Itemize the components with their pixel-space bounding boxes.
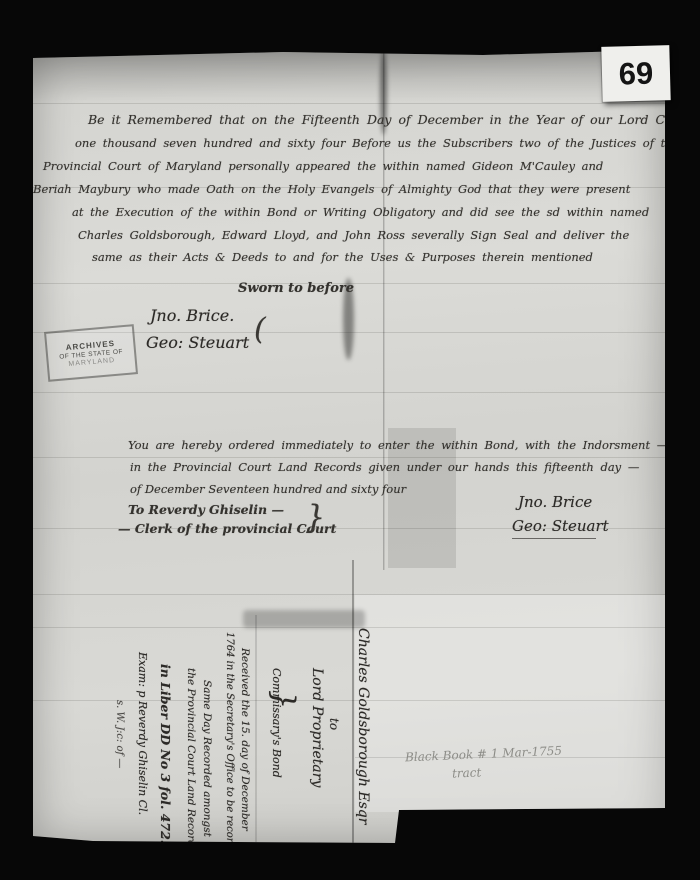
order-signature-geo-steuart: Geo: Steuart (512, 517, 609, 535)
docket-clerk-note: s. W. J:c: of — (114, 700, 125, 768)
order-line: You are hereby ordered immediately to en… (128, 438, 668, 452)
signature-flourish-line (512, 538, 596, 539)
scanned-archive-page: { "page_label": "69", "archive_stamp": {… (0, 0, 700, 880)
signature-geo-steuart: Geo: Steuart (146, 333, 249, 352)
fold-line (33, 392, 665, 393)
page-number-label: 69 (601, 45, 670, 102)
order-addressee: To Reverdy Ghiselin — (128, 502, 284, 517)
attestation-text: Sworn to before (238, 281, 354, 296)
page-number: 69 (618, 55, 653, 92)
fold-line (33, 700, 665, 701)
fold-line (33, 594, 665, 595)
affidavit-line: one thousand seven hundred and sixty fou… (75, 136, 679, 150)
document-paper: ARCHIVES OF THE STATE OF MARYLAND Be it … (33, 50, 665, 845)
archives-stamp: ARCHIVES OF THE STATE OF MARYLAND (44, 324, 138, 382)
docket-received1: Received the 15. day of December (239, 648, 251, 831)
order-brace: } (305, 498, 325, 536)
affidavit-line: Beriah Maybury who made Oath on the Holy… (33, 182, 630, 196)
slip-shadow-band (243, 610, 365, 628)
docket-recorded1: Same Day Recorded amongst (201, 680, 213, 837)
fold-line (33, 103, 665, 104)
signature-brace: ( (254, 312, 266, 347)
affidavit-line: Provincial Court of Maryland personally … (43, 159, 603, 173)
pencil-note-line2: tract (452, 765, 482, 780)
docket-examined: Exam: p Reverdy Ghiselin Cl. (136, 652, 149, 815)
docket-party2: Lord Proprietary (309, 668, 325, 787)
order-addressee-title: — Clerk of the provincial Court (118, 521, 336, 536)
docket-liber-ref: in Liber DD No 3 fol. 472. (158, 664, 173, 844)
signature-jno-brice: Jno. Brice. (150, 306, 234, 325)
docket-connector: to (327, 718, 341, 730)
docket-party1: Charles Goldsborough Esqr (355, 628, 371, 824)
paper-top-shadow (33, 50, 665, 102)
slip-edge (255, 615, 257, 843)
docket-recorded2: the Provincial Court Land Records (185, 668, 197, 852)
fold-line (33, 457, 665, 458)
affidavit-line: Charles Goldsborough, Edward Lloyd, and … (78, 228, 629, 242)
docket-received2: 1764 in the Secretary's Office to be rec… (224, 632, 235, 861)
order-signature-jno-brice: Jno. Brice (518, 493, 592, 511)
affidavit-line: same as their Acts & Deeds to and for th… (92, 250, 593, 264)
order-line: of December Seventeen hundred and sixty … (130, 482, 406, 496)
order-line: in the Provincial Court Land Records giv… (130, 460, 639, 474)
affidavit-line: at the Execution of the within Bond or W… (72, 205, 649, 219)
slip-edge (352, 560, 354, 845)
affidavit-line: Be it Remembered that on the Fifteenth D… (88, 112, 694, 127)
docket-bond-label: Commissary's Bond (270, 668, 283, 778)
